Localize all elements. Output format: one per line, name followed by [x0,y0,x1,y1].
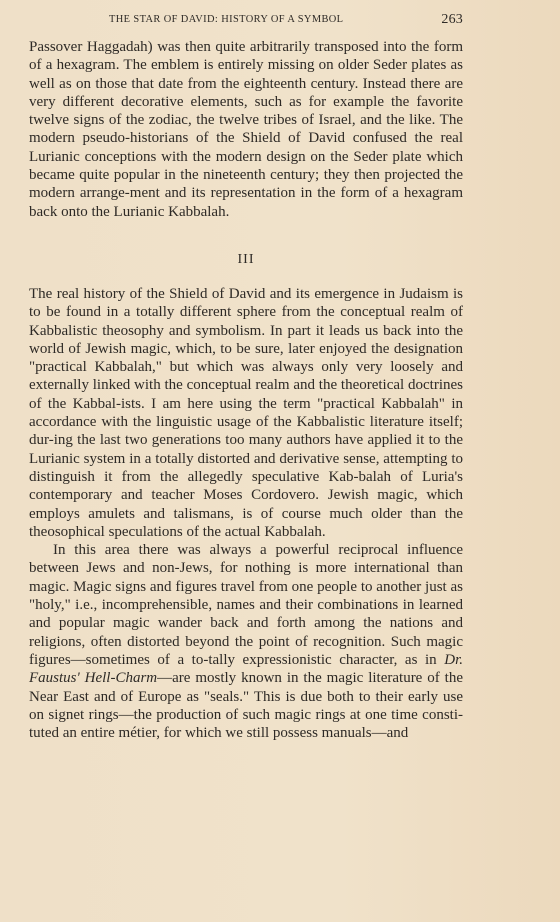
running-title: The Star of David: History of a Symbol [109,14,343,25]
paragraph-text: In this area there was always a powerful… [29,542,463,668]
page-body: Passover Haggadah) was then quite arbitr… [29,38,463,742]
page-number: 263 [441,12,463,28]
running-header: The Star of David: History of a Symbol 2… [29,14,463,34]
paragraph: In this area there was always a powerful… [29,541,463,742]
paragraph: The real history of the Shield of David … [29,285,463,541]
paragraph-continued: Passover Haggadah) was then quite arbitr… [29,38,463,221]
section-heading: III [29,252,463,268]
